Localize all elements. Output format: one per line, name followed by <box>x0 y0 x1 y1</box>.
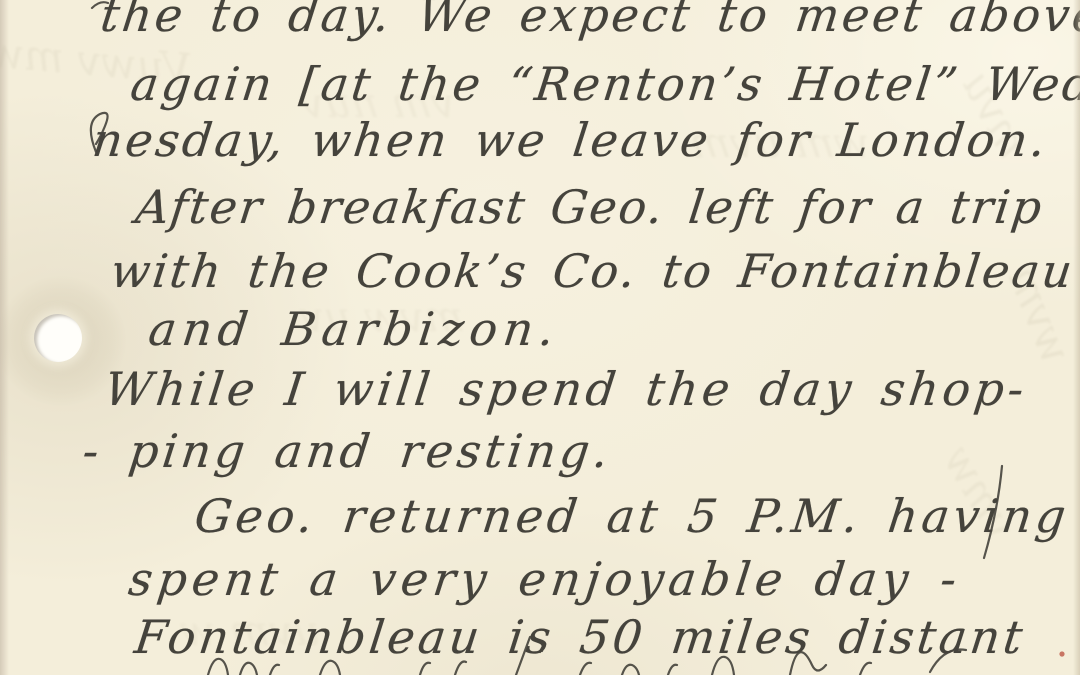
handwriting-line: - ping and resting. <box>80 426 615 477</box>
handwriting-line: nesday, when we leave for London. <box>90 115 1051 166</box>
red-speck <box>1059 651 1064 656</box>
handwriting-line: After breakfast Geo. left for a trip <box>133 182 1046 233</box>
handwriting-line: spent a very enjoyable day - <box>126 554 964 605</box>
handwriting-line: While I will spend the day shop- <box>102 364 1031 415</box>
handwriting-line: Geo. returned at 5 P.M. having <box>192 491 1072 542</box>
hole-punch <box>34 314 82 362</box>
diary-page-scan: Vuwv mw vm nuv wm uvm mvu wvm mvw uv vmw… <box>0 0 1080 675</box>
scan-edge-left <box>0 0 9 675</box>
handwriting-line: and Barbizon. <box>146 304 563 355</box>
handwriting-line: again [at the “Renton’s Hotel” Wed- <box>128 59 1080 110</box>
handwriting-line: with the Cook’s Co. to Fontainbleau <box>108 246 1077 297</box>
handwriting-line: the to day. We expect to meet above <box>98 0 1080 41</box>
handwriting-line: Fontainbleau is 50 miles distant <box>132 612 1029 663</box>
